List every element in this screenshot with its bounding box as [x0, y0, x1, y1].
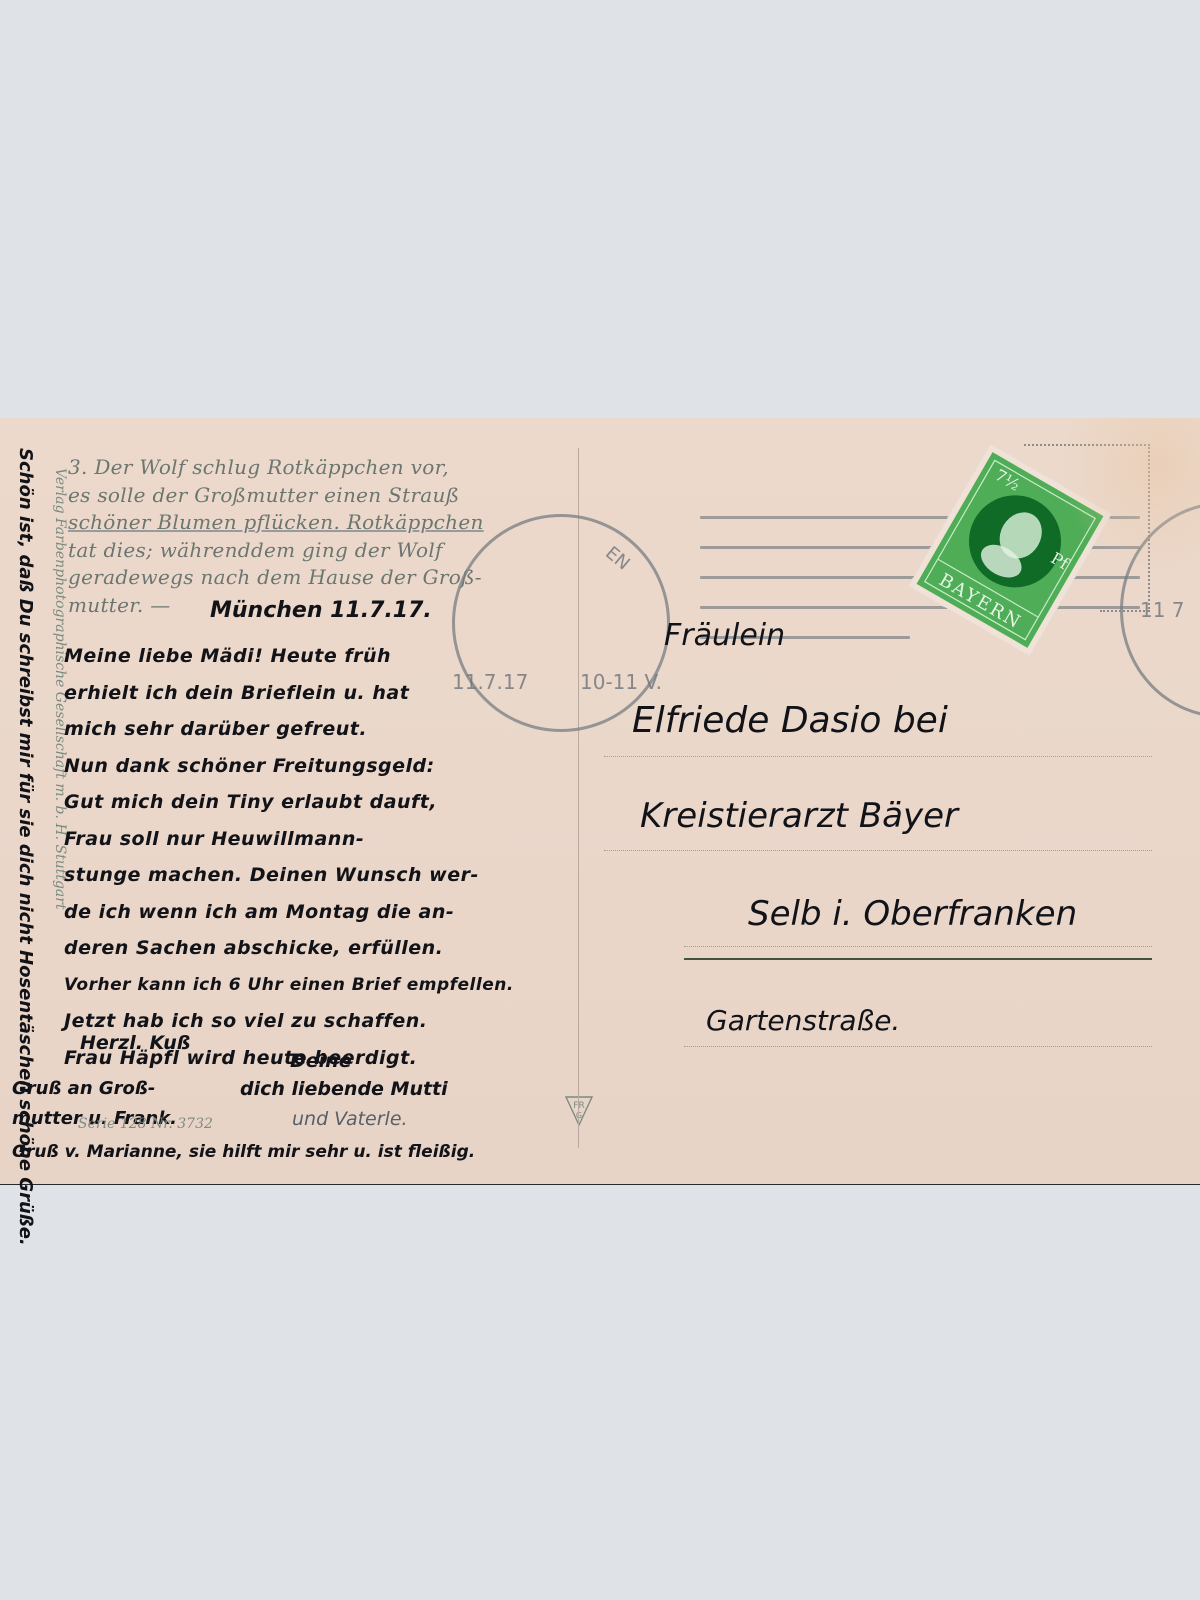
postmark-date: 11.7.17: [452, 670, 528, 694]
closing-signature-2: und Vaterle.: [292, 1108, 408, 1130]
caption-line: 3. Der Wolf schlug Rotkäppchen vor,: [68, 454, 548, 482]
address-name: Elfriede Dasio bei: [632, 700, 948, 741]
closing-postscript: Gruß v. Marianne, sie hilft mir sehr u. …: [12, 1142, 475, 1162]
address-city: Selb i. Oberfranken: [748, 894, 1077, 934]
series-number: Serie 128 Nr. 3732: [78, 1116, 213, 1132]
message-line: deren Sachen abschicke, erfüllen.: [64, 930, 514, 967]
closing-kiss: Herzl. Kuß: [80, 1032, 190, 1054]
caption-line: es solle der Großmutter einen Strauß: [68, 482, 548, 510]
svg-text:FR: FR: [573, 1101, 584, 1111]
message-line: Vorher kann ich 6 Uhr einen Brief empfel…: [64, 967, 514, 1004]
address-street: Gartenstraße.: [706, 1004, 900, 1037]
closing-deine: Deine: [290, 1050, 352, 1072]
postmark-time: 10-11 V.: [580, 670, 662, 694]
message-line: mich sehr darüber gefreut.: [64, 711, 514, 748]
address-care-of: Kreistierarzt Bäyer: [640, 796, 958, 836]
closing-greeting: Gruß an Groß-: [12, 1078, 155, 1099]
closing-signature: dich liebende Mutti: [240, 1078, 448, 1100]
publisher-logo-icon: FR G: [564, 1094, 594, 1128]
stamp-box-bottom: [1100, 610, 1148, 612]
address-underline: [684, 958, 1152, 960]
address-line: [604, 756, 1152, 757]
place-date: München 11.7.17.: [210, 598, 432, 623]
message-line: stunge machen. Deinen Wunsch wer-: [64, 857, 514, 894]
address-salutation: Fräulein: [664, 618, 785, 653]
message-line: Nun dank schöner Freitungsgeld:: [64, 748, 514, 785]
address-line: [684, 946, 1152, 947]
message-line: Frau soll nur Heuwillmann-: [64, 821, 514, 858]
message-line: Gut mich dein Tiny erlaubt dauft,: [64, 784, 514, 821]
address-line: [604, 850, 1152, 851]
message-line: Meine liebe Mädi! Heute früh: [64, 638, 514, 675]
caption-line: schöner Blumen pflücken. Rotkäppchen: [68, 509, 548, 537]
message-line: erhielt ich dein Brieflein u. hat: [64, 675, 514, 712]
message-body: Meine liebe Mädi! Heute früh erhielt ich…: [64, 638, 514, 1076]
message-line: de ich wenn ich am Montag die an-: [64, 894, 514, 931]
postage-stamp: 7½ Pf BAYERN: [887, 427, 1133, 673]
address-line: [684, 1046, 1152, 1047]
svg-text:G: G: [576, 1111, 582, 1120]
postcard: 3. Der Wolf schlug Rotkäppchen vor, es s…: [0, 418, 1200, 1184]
